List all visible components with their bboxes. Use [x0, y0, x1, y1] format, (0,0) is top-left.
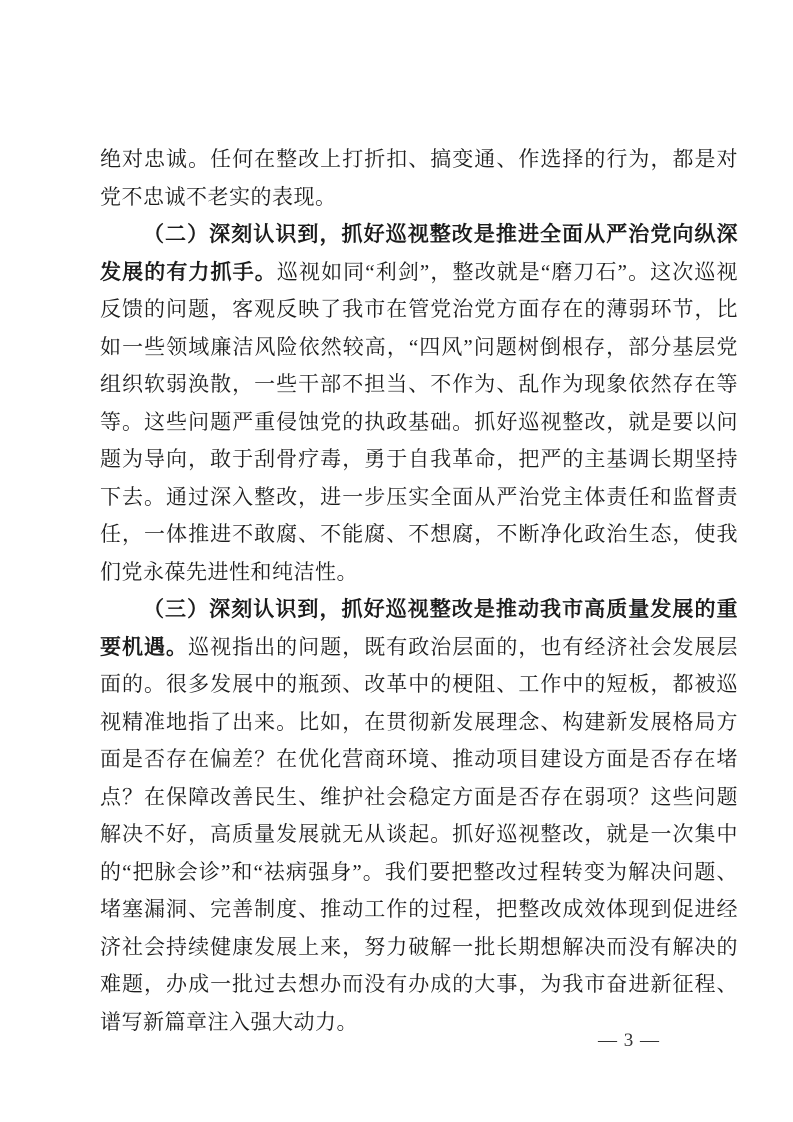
page-number: — 3 — — [598, 1028, 718, 1054]
document-body: 绝对忠诚。任何在整改上打折扣、搞变通、作选择的行为，都是对党不忠诚不老实的表现。… — [100, 141, 738, 1041]
document-page: 绝对忠诚。任何在整改上打折扣、搞变通、作选择的行为，都是对党不忠诚不老实的表现。… — [0, 0, 793, 1122]
paragraph-continuation: 绝对忠诚。任何在整改上打折扣、搞变通、作选择的行为，都是对党不忠诚不老实的表现。 — [100, 141, 738, 216]
paragraph-point-3: （三）深刻认识到，抓好巡视整改是推动我市高质量发展的重要机遇。巡视指出的问题，既… — [100, 591, 738, 1041]
paragraph-point-2-text: 巡视如同“利剑”，整改就是“磨刀石”。这次巡视反馈的问题，客观反映了我市在管党治… — [100, 260, 738, 584]
paragraph-continuation-text: 绝对忠诚。任何在整改上打折扣、搞变通、作选择的行为，都是对党不忠诚不老实的表现。 — [100, 147, 738, 209]
paragraph-point-2: （二）深刻认识到，抓好巡视整改是推进全面从严治党向纵深发展的有力抓手。巡视如同“… — [100, 216, 738, 591]
paragraph-point-3-text: 巡视指出的问题，既有政治层面的，也有经济社会发展层面的。很多发展中的瓶颈、改革中… — [100, 635, 738, 1034]
